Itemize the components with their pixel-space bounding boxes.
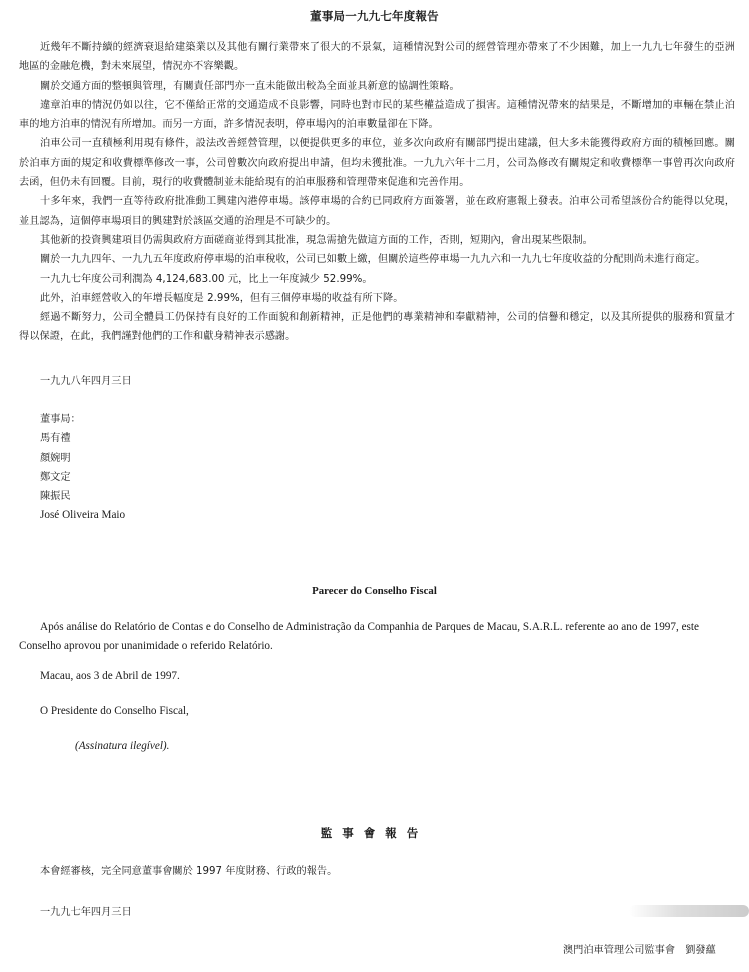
- board-report-paragraph: 其他新的投資興建項目仍需與政府方面磋商並得到其批准，現急需搶先做這方面的工作，否…: [19, 231, 735, 250]
- board-report-paragraph: 一九九七年度公司利潤為 4,124,683.00 元，比上一年度減少 52.99…: [19, 270, 735, 289]
- supervisory-report-signature: 澳門泊車管理公司監事會 劉發蘊: [563, 941, 716, 956]
- supervisory-report-title: 監事會報告: [0, 825, 749, 841]
- fiscal-opinion-title: Parecer do Conselho Fiscal: [0, 585, 749, 597]
- board-report-paragraph: 關於交通方面的整頓與管理，有關責任部門亦一直未能做出較為全面並具新意的協調性策略…: [19, 77, 735, 96]
- board-report-paragraph: 此外，泊車經營收入的年增長幅度是 2.99%，但有三個停車場的收益有所下降。: [19, 289, 735, 308]
- signatory-name: 鄭文定: [40, 468, 125, 487]
- board-report-paragraph: 泊車公司一直積極利用現有條件，設法改善經營管理，以便提供更多的車位，並多次向政府…: [19, 134, 735, 192]
- board-report-paragraph: 近幾年不斷持續的經濟衰退給建築業以及其他有關行業帶來了很大的不景氣，這種情況對公…: [19, 38, 735, 77]
- fiscal-opinion-body: Após análise do Relatório de Contas e do…: [19, 618, 737, 656]
- scan-smudge: [629, 905, 749, 917]
- signatory-name: José Oliveira Maio: [40, 506, 125, 525]
- fiscal-opinion-place-date: Macau, aos 3 de Abril de 1997.: [40, 670, 180, 682]
- board-report-paragraph: 經過不斷努力，公司全體員工仍保持有良好的工作面貌和創新精神，正是他們的專業精神和…: [19, 308, 735, 347]
- supervisory-report-date: 一九九七年四月三日: [40, 903, 132, 918]
- board-report-paragraph: 違章泊車的情況仍如以往，它不僅給正常的交通造成不良影響，同時也對市民的某些權益造…: [19, 96, 735, 135]
- board-report-title: 董事局一九九七年度報告: [0, 8, 749, 24]
- signatory-name: 馬有禮: [40, 429, 125, 448]
- board-signatories: 董事局： 馬有禮 顏婉明 鄭文定 陳振民 José Oliveira Maio: [40, 410, 125, 526]
- board-report-paragraph: 關於一九九四年、一九九五年度政府停車場的泊車稅收，公司已如數上繳，但關於這些停車…: [19, 250, 735, 269]
- board-report-body: 近幾年不斷持續的經濟衰退給建築業以及其他有關行業帶來了很大的不景氣，這種情況對公…: [19, 38, 735, 347]
- fiscal-opinion-signer-title: O Presidente do Conselho Fiscal,: [40, 705, 189, 717]
- fiscal-opinion-paragraph: Após análise do Relatório de Contas e do…: [19, 618, 737, 656]
- fiscal-opinion-signature: (Assinatura ilegível).: [75, 740, 169, 752]
- signatories-label: 董事局：: [40, 410, 125, 429]
- signatory-name: 顏婉明: [40, 449, 125, 468]
- supervisory-report-paragraph: 本會經審核，完全同意董事會關於 1997 年度財務、行政的報告。: [40, 862, 337, 877]
- board-report-date: 一九九八年四月三日: [40, 372, 132, 391]
- board-report-paragraph: 十多年來，我們一直等待政府批准動工興建內港停車場。該停車場的合約已同政府方面簽署…: [19, 192, 735, 231]
- signatory-name: 陳振民: [40, 487, 125, 506]
